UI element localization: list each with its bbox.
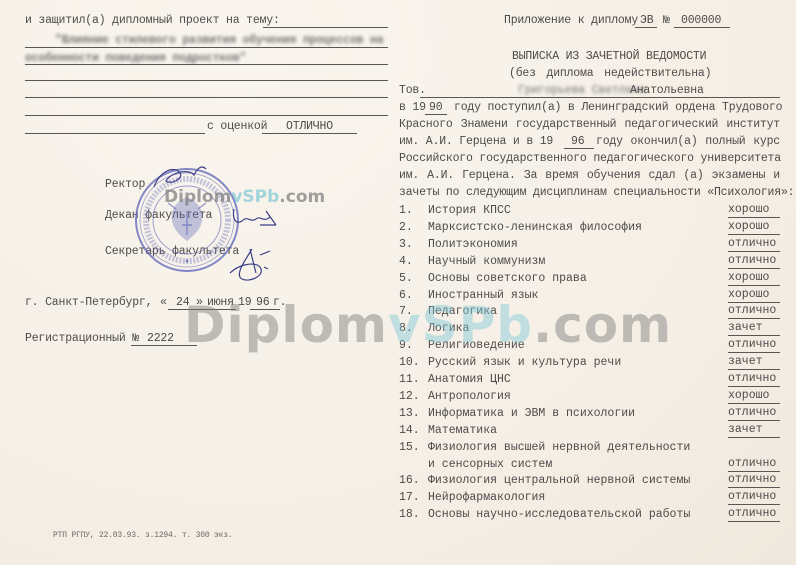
subject-grade: хорошо	[728, 220, 780, 235]
subject-name: Марксистско-ленинская философия	[428, 221, 642, 234]
subject-number: 10.	[399, 356, 420, 369]
subject-number: 18.	[399, 508, 420, 521]
diploma-appendix-page: и защитил(а) дипломный проект на тему: "…	[0, 0, 796, 565]
subject-number: 3.	[399, 238, 413, 251]
subject-grade: зачет	[728, 321, 780, 336]
dean-signature-icon	[230, 205, 280, 230]
subject-grade: хорошо	[728, 203, 780, 218]
rule	[564, 148, 594, 149]
subject-grade: отлично	[728, 490, 780, 505]
body-line-2: Красного Знамени государственный педагог…	[399, 118, 780, 131]
body-line-5-text: им. А.И. Герцена. За время обучения сдал…	[399, 169, 780, 182]
subject-name: История КПСС	[428, 204, 511, 217]
subject-number: 13.	[399, 407, 420, 420]
appendix-label: Приложение к диплому	[504, 14, 638, 27]
document-title: ВЫПИСКА ИЗ ЗАЧЕТНОЙ ВЕДОМОСТИ	[512, 50, 706, 63]
subject-number: 17.	[399, 491, 420, 504]
subject-grade: отлично	[728, 338, 780, 353]
subject-number: 1.	[399, 204, 413, 217]
watermark-small: DiplomvSPb.com	[164, 187, 325, 207]
print-footer: РТП РГПУ, 22.03.93. з.1294. т. 300 экз.	[53, 531, 232, 540]
body-line-6: зачеты по следующим дисциплинам специаль…	[399, 186, 780, 199]
diploma-series: ЭВ	[640, 14, 653, 27]
rule	[25, 64, 388, 65]
graduated-prefix: им. А.И. Герцена и в 19	[399, 135, 553, 148]
subject-name: Математика	[428, 424, 497, 437]
final-grade: ОТЛИЧНО	[286, 120, 333, 133]
thesis-topic-line-1: "Влияние стилевого развития обучения про…	[55, 34, 383, 47]
body-line-4-text: Российского государственного педагогичес…	[399, 152, 780, 165]
watermark-part-2: vSPb	[388, 296, 533, 354]
student-name: Григорьева Светлана	[518, 84, 645, 97]
subject-name: Основы советского права	[428, 272, 587, 285]
subject-number: 4.	[399, 255, 413, 268]
rule	[425, 114, 447, 115]
rule	[25, 115, 388, 116]
subject-name: Русский язык и культура речи	[428, 356, 621, 369]
subject-name: Информатика и ЭВМ в психологии	[428, 407, 635, 420]
rule	[420, 97, 780, 98]
subject-number: 11.	[399, 373, 420, 386]
issue-city: г. Санкт-Петербург,	[25, 296, 152, 309]
registration-label: Регистрационный №	[25, 332, 139, 345]
subject-grade: отлично	[728, 507, 780, 522]
body-line-6-text: зачеты по следующим дисциплинам специаль…	[399, 186, 780, 199]
comrade-label: Тов.	[399, 84, 426, 97]
document-subtitle: (без диплома недействительна)	[509, 67, 711, 80]
subject-grade: хорошо	[728, 271, 780, 286]
body-line-3: году окончил(а) полный курс	[596, 135, 780, 148]
subject-name: Физиология высшей нервной деятельности	[428, 441, 690, 454]
subject-name: Основы научно-исследовательской работы	[428, 508, 690, 521]
enrolled-prefix: в 19	[399, 101, 426, 114]
body-line-2-text: Красного Знамени государственный педагог…	[399, 118, 780, 131]
graduation-year: 96	[571, 135, 584, 148]
subject-number: 15.	[399, 441, 420, 454]
subject-name: Научный коммунизм	[428, 255, 545, 268]
subject-name: Нейрофармакология	[428, 491, 545, 504]
watermark-part-1: Diplom	[164, 187, 231, 207]
subject-number: 5.	[399, 272, 413, 285]
subject-name: Политэкономия	[428, 238, 518, 251]
rule	[674, 27, 730, 28]
subject-name: Физиология центральной нервной системы	[428, 474, 690, 487]
rule	[25, 133, 205, 134]
rule	[25, 47, 388, 48]
subject-grade: отлично	[728, 254, 780, 269]
registration-number: 2222	[147, 332, 174, 345]
rule	[25, 97, 388, 98]
watermark-large: DiplomvSPb.com	[184, 296, 672, 354]
student-patronymic: Анатольевна	[630, 84, 704, 97]
subject-grade: хорошо	[728, 288, 780, 303]
watermark-part-3: .com	[533, 296, 672, 354]
subject-name: Антропология	[428, 390, 511, 403]
watermark-part-3: .com	[279, 187, 325, 207]
rule	[263, 27, 388, 28]
watermark-part-2: vSPb	[231, 187, 279, 207]
subject-grade: отлично	[728, 304, 780, 319]
subject-grade: отлично	[728, 237, 780, 252]
rule	[635, 27, 657, 28]
subject-grade: зачет	[728, 355, 780, 370]
diploma-number: 000000	[681, 14, 721, 27]
body-line-5: им. А.И. Герцена. За время обучения сдал…	[399, 169, 780, 182]
date-open-quote: «	[160, 296, 167, 309]
watermark-part-1: Diplom	[184, 296, 388, 354]
subject-grade: отлично	[728, 372, 780, 387]
body-line-1-text: году поступил(а) в Ленинградский ордена …	[454, 101, 780, 114]
rule	[262, 133, 357, 134]
body-line-4: Российского государственного педагогичес…	[399, 152, 780, 165]
subject-grade: зачет	[728, 423, 780, 438]
subject-name: Анатомия ЦНС	[428, 373, 511, 386]
enrollment-year: 90	[429, 101, 442, 114]
subject-grade: хорошо	[728, 389, 780, 404]
subject-grade: отлично	[728, 457, 780, 472]
subject-number: 12.	[399, 390, 420, 403]
subject-number: 16.	[399, 474, 420, 487]
body-line-3-text: году окончил(а) полный курс	[596, 135, 780, 148]
subject-number: 2.	[399, 221, 413, 234]
defended-label: и защитил(а) дипломный проект на тему:	[25, 14, 280, 27]
secretary-signature-icon	[220, 245, 280, 285]
rule	[25, 80, 388, 81]
body-line-1: году поступил(а) в Ленинградский ордена …	[454, 101, 780, 114]
subject-grade: отлично	[728, 406, 780, 421]
number-sign: №	[663, 14, 670, 27]
subject-name-continued: и сенсорных систем	[428, 458, 552, 471]
subject-grade: отлично	[728, 473, 780, 488]
subject-number: 14.	[399, 424, 420, 437]
grade-label: с оценкой	[207, 120, 267, 133]
